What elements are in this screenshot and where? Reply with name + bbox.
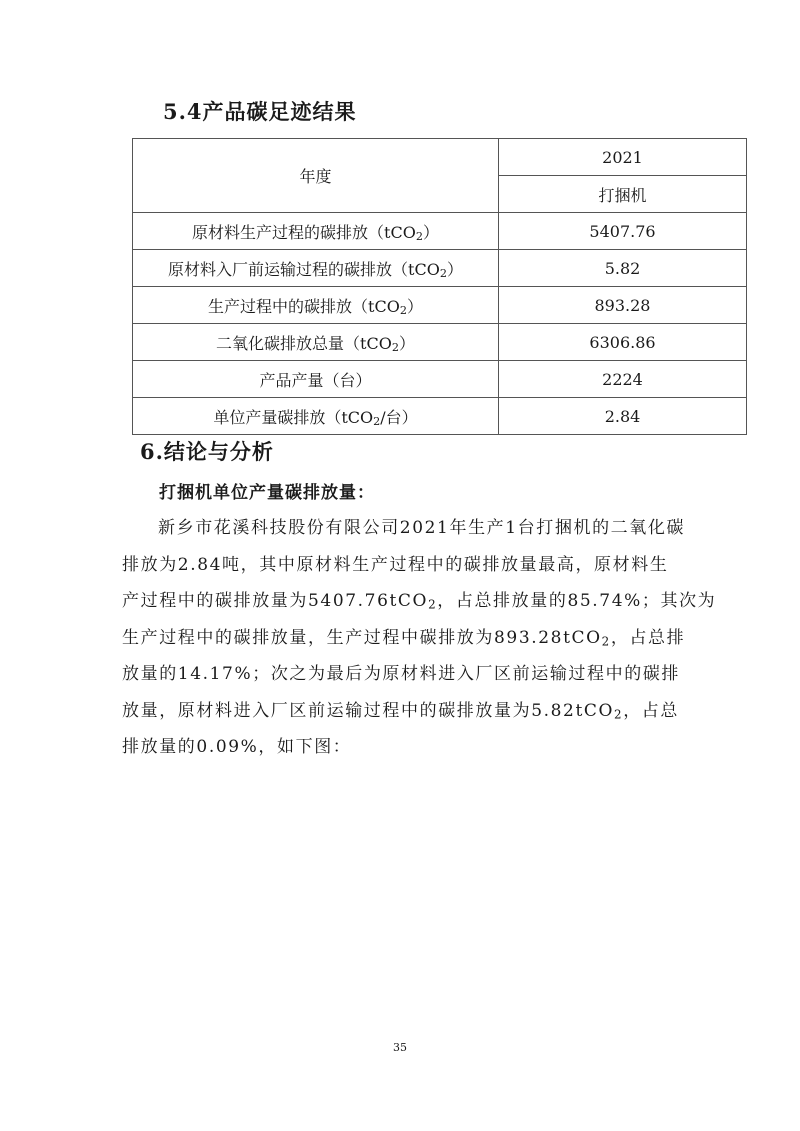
row-label: 生产过程中的碳排放（tCO2）	[133, 287, 499, 324]
row-label: 产品产量（台）	[133, 361, 499, 398]
analysis-paragraph: 新乡市花溪科技股份有限公司2021年生产1台打捆机的二氧化碳 排放为2.84吨，…	[122, 510, 687, 766]
row-value: 5.82	[499, 250, 747, 287]
carbon-footprint-table: 年度 2021 打捆机 原材料生产过程的碳排放（tCO2） 5407.76 原材…	[132, 138, 747, 435]
page-number: 35	[0, 1041, 800, 1054]
section-title-5-4: 5.4产品碳足迹结果	[163, 96, 357, 126]
paragraph-line: 放量，原材料进入厂区前运输过程中的碳排放量为5.82tCO2，占总	[122, 693, 687, 730]
section-title-6: 6.结论与分析	[140, 436, 274, 466]
table-row: 原材料生产过程的碳排放（tCO2） 5407.76	[133, 213, 747, 250]
row-value: 6306.86	[499, 324, 747, 361]
header-year-value: 2021	[499, 139, 747, 176]
paragraph-line: 新乡市花溪科技股份有限公司2021年生产1台打捆机的二氧化碳	[122, 510, 687, 547]
section-subtitle: 打捆机单位产量碳排放量：	[159, 478, 375, 503]
row-label: 二氧化碳排放总量（tCO2）	[133, 324, 499, 361]
header-year-label: 年度	[133, 139, 499, 213]
table-row: 生产过程中的碳排放（tCO2） 893.28	[133, 287, 747, 324]
paragraph-line: 排放为2.84吨，其中原材料生产过程中的碳排放量最高，原材料生	[122, 547, 687, 584]
paragraph-line: 排放量的0.09%，如下图：	[122, 729, 687, 766]
table-row: 单位产量碳排放（tCO2/台） 2.84	[133, 398, 747, 435]
table-row: 二氧化碳排放总量（tCO2） 6306.86	[133, 324, 747, 361]
table-row: 产品产量（台） 2224	[133, 361, 747, 398]
header-product: 打捆机	[499, 176, 747, 213]
row-value: 5407.76	[499, 213, 747, 250]
paragraph-line: 产过程中的碳排放量为5407.76tCO2，占总排放量的85.74%；其次为	[122, 583, 687, 620]
paragraph-line: 生产过程中的碳排放量，生产过程中碳排放为893.28tCO2，占总排	[122, 620, 687, 657]
row-label: 单位产量碳排放（tCO2/台）	[133, 398, 499, 435]
row-label: 原材料生产过程的碳排放（tCO2）	[133, 213, 499, 250]
table-row: 原材料入厂前运输过程的碳排放（tCO2） 5.82	[133, 250, 747, 287]
row-value: 2224	[499, 361, 747, 398]
row-value: 893.28	[499, 287, 747, 324]
paragraph-line: 放量的14.17%；次之为最后为原材料进入厂区前运输过程中的碳排	[122, 656, 687, 693]
row-value: 2.84	[499, 398, 747, 435]
row-label: 原材料入厂前运输过程的碳排放（tCO2）	[133, 250, 499, 287]
